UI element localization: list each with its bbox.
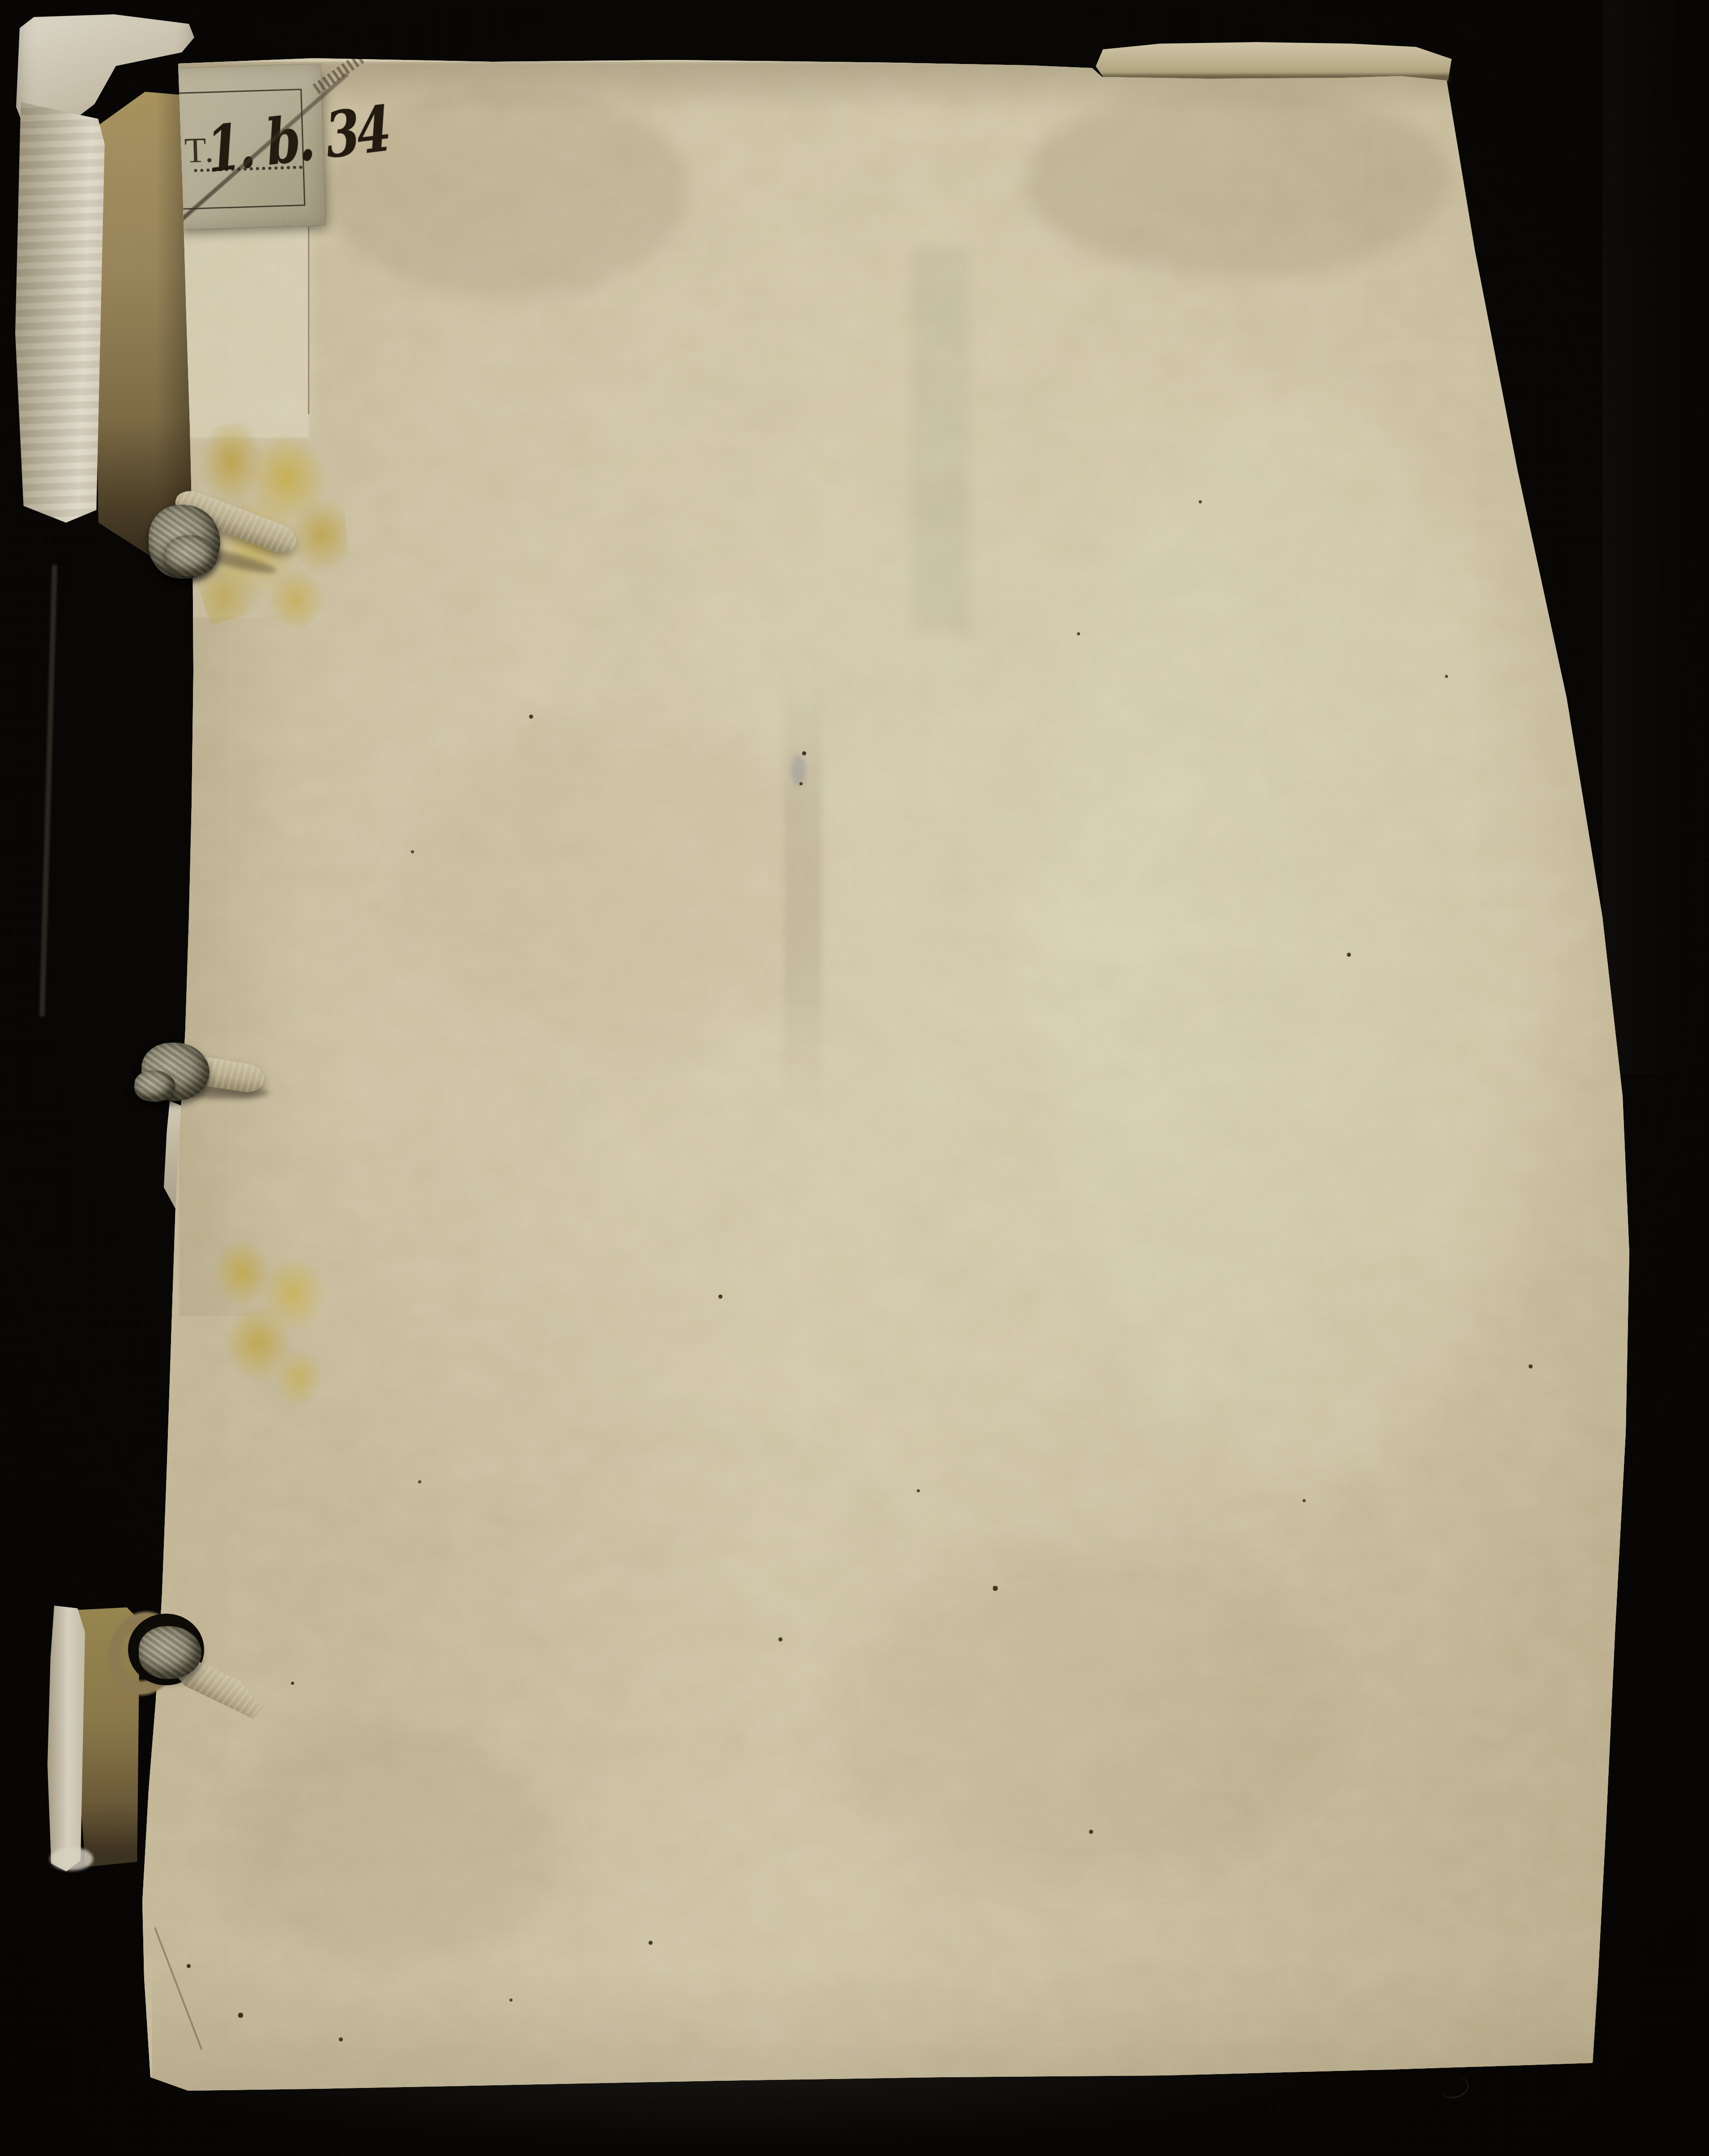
- vertical-streak-faint: [911, 246, 970, 631]
- vellum-crease-line: [308, 226, 309, 414]
- book-cover-photograph: T. 1. b. 34: [0, 0, 1709, 2156]
- paper-lining-strip: [182, 223, 309, 438]
- back-cover-flap-top-strip: [15, 102, 107, 523]
- water-stain-center: [403, 716, 828, 1052]
- binding-tie-top-knot-2: [165, 535, 218, 576]
- vertical-streak: [784, 667, 822, 1110]
- shelfmark-label: T. 1. b. 34: [167, 64, 325, 230]
- water-stain-lower: [828, 1544, 1343, 1879]
- highlight-zone: [1043, 394, 1562, 1490]
- cloth-sheen-right: [1602, 0, 1709, 1074]
- soiling-top-right: [1025, 85, 1450, 277]
- binding-tie-bottom-knot: [139, 1626, 201, 1679]
- blue-ink-trace: [791, 754, 806, 787]
- back-cover-flap-bottom: [47, 1606, 85, 1871]
- spine-side-shading: [179, 618, 327, 1316]
- flap-edge-highlight: [39, 565, 57, 1017]
- water-stain-left: [224, 1723, 555, 1964]
- binding-tie-middle-knot-2: [134, 1070, 175, 1102]
- foxing-specks: [0, 0, 1, 1]
- adhesive-stain-middle: [201, 1234, 337, 1410]
- parchment-tuft: [50, 1847, 93, 1871]
